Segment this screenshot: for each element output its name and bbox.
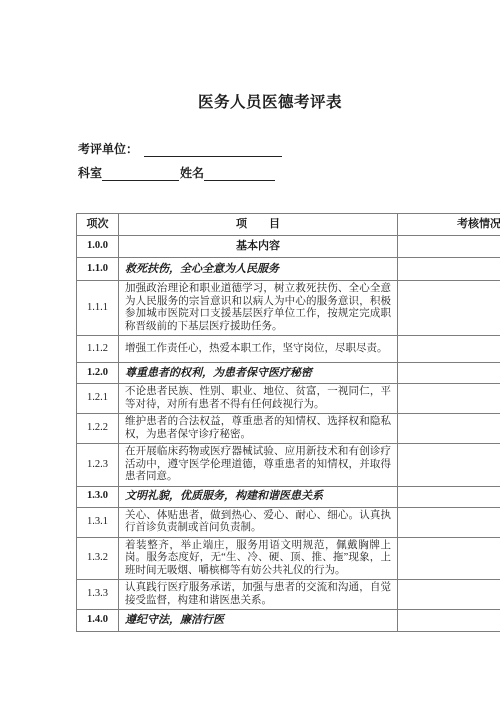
row-index-cell: 1.0.0 <box>77 236 119 258</box>
table-row: 1.3.3认真践行医疗服务承诺，加强与患者的交流和沟通，自觉接受监督，构建和谐医… <box>77 580 500 610</box>
row-index-cell: 1.3.2 <box>77 537 119 580</box>
row-index-cell: 1.4.0 <box>77 610 119 632</box>
table-row: 1.2.1不论患者民族、性别、职业、地位、贫富，一视同仁，平等对待，对所有患者不… <box>77 384 500 414</box>
row-item-cell: 着装整齐，举止端庄，服务用语文明规范，佩戴胸牌上岗。服务态度好，无“生、冷、硬、… <box>119 537 398 580</box>
evaluation-unit-label: 考评单位： <box>78 142 138 156</box>
department-label: 科室 <box>78 166 102 180</box>
row-assessment-cell <box>398 486 500 507</box>
row-index-cell: 1.2.2 <box>77 414 119 444</box>
table-row: 1.0.0基本内容 <box>77 236 500 258</box>
row-assessment-cell <box>398 384 500 414</box>
row-index-cell: 1.1.2 <box>77 336 119 363</box>
row-assessment-cell <box>398 444 500 487</box>
table-row: 1.2.3在开展临床药物或医疗器械试验、应用新技术和有创诊疗活动中，遵守医学伦理… <box>77 444 500 487</box>
row-assessment-cell <box>398 363 500 384</box>
table-header-row: 项次 项 目 考核情况 <box>77 214 500 236</box>
row-index-cell: 1.3.3 <box>77 580 119 610</box>
table-row: 1.2.0尊重患者的权利，为患者保守医疗秘密 <box>77 363 500 384</box>
dept-name-line: 科室姓名 <box>78 164 275 181</box>
row-index-cell: 1.2.0 <box>77 363 119 384</box>
row-item-cell: 增强工作责任心，热爱本职工作，坚守岗位，尽职尽责。 <box>119 336 398 363</box>
row-item-cell: 救死扶伤，全心全意为人民服务 <box>119 258 398 281</box>
table-row: 1.2.2维护患者的合法权益，尊重患者的知情权、选择权和隐私权，为患者保守诊疗秘… <box>77 414 500 444</box>
row-index-cell: 1.3.1 <box>77 507 119 537</box>
row-assessment-cell <box>398 580 500 610</box>
document-page: 医务人员医德考评表 考评单位： 科室姓名 项次 项 目 考核情况 1.0.0基本… <box>0 0 500 707</box>
name-label: 姓名 <box>180 166 204 180</box>
table-row: 1.3.0文明礼貌，优质服务，构建和谐医患关系 <box>77 486 500 507</box>
row-assessment-cell <box>398 537 500 580</box>
row-assessment-cell <box>398 258 500 281</box>
row-assessment-cell <box>398 281 500 336</box>
evaluation-table: 项次 项 目 考核情况 1.0.0基本内容1.1.0救死扶伤，全心全意为人民服务… <box>76 213 500 632</box>
row-item-cell: 关心、体贴患者，做到热心、爱心、耐心、细心。认真执行首诊负责制或首问负责制。 <box>119 507 398 537</box>
row-item-cell: 文明礼貌，优质服务，构建和谐医患关系 <box>119 486 398 507</box>
page-title: 医务人员医德考评表 <box>198 90 342 112</box>
row-item-cell: 认真践行医疗服务承诺，加强与患者的交流和沟通，自觉接受监督，构建和谐医患关系。 <box>119 580 398 610</box>
table-row: 1.1.1加强政治理论和职业道德学习，树立救死扶伤、全心全意为人民服务的宗旨意识… <box>77 281 500 336</box>
row-index-cell: 1.1.1 <box>77 281 119 336</box>
header-assessment: 考核情况 <box>398 214 500 236</box>
row-assessment-cell <box>398 610 500 632</box>
table-row: 1.4.0遵纪守法，廉洁行医 <box>77 610 500 632</box>
row-assessment-cell <box>398 414 500 444</box>
row-item-cell: 加强政治理论和职业道德学习，树立救死扶伤、全心全意为人民服务的宗旨意识和以病人为… <box>119 281 398 336</box>
row-item-cell: 维护患者的合法权益，尊重患者的知情权、选择权和隐私权，为患者保守诊疗秘密。 <box>119 414 398 444</box>
row-item-cell: 遵纪守法，廉洁行医 <box>119 610 398 632</box>
table-row: 1.3.2着装整齐，举止端庄，服务用语文明规范，佩戴胸牌上岗。服务态度好，无“生… <box>77 537 500 580</box>
header-item: 项 目 <box>119 214 398 236</box>
table-row: 1.3.1关心、体贴患者，做到热心、爱心、耐心、细心。认真执行首诊负责制或首问负… <box>77 507 500 537</box>
table-row: 1.1.0救死扶伤，全心全意为人民服务 <box>77 258 500 281</box>
row-item-cell: 尊重患者的权利，为患者保守医疗秘密 <box>119 363 398 384</box>
row-index-cell: 1.1.0 <box>77 258 119 281</box>
name-blank <box>204 168 275 181</box>
row-index-cell: 1.2.1 <box>77 384 119 414</box>
row-item-cell: 基本内容 <box>119 236 398 258</box>
evaluation-unit-blank <box>144 144 282 157</box>
row-item-cell: 在开展临床药物或医疗器械试验、应用新技术和有创诊疗活动中，遵守医学伦理道德，尊重… <box>119 444 398 487</box>
table-row: 1.1.2增强工作责任心，热爱本职工作，坚守岗位，尽职尽责。 <box>77 336 500 363</box>
row-index-cell: 1.3.0 <box>77 486 119 507</box>
department-blank <box>102 168 179 181</box>
row-assessment-cell <box>398 236 500 258</box>
row-item-cell: 不论患者民族、性别、职业、地位、贫富，一视同仁，平等对待，对所有患者不得有任何歧… <box>119 384 398 414</box>
row-assessment-cell <box>398 507 500 537</box>
row-index-cell: 1.2.3 <box>77 444 119 487</box>
evaluation-unit-line: 考评单位： <box>78 140 282 157</box>
row-assessment-cell <box>398 336 500 363</box>
header-index: 项次 <box>77 214 119 236</box>
